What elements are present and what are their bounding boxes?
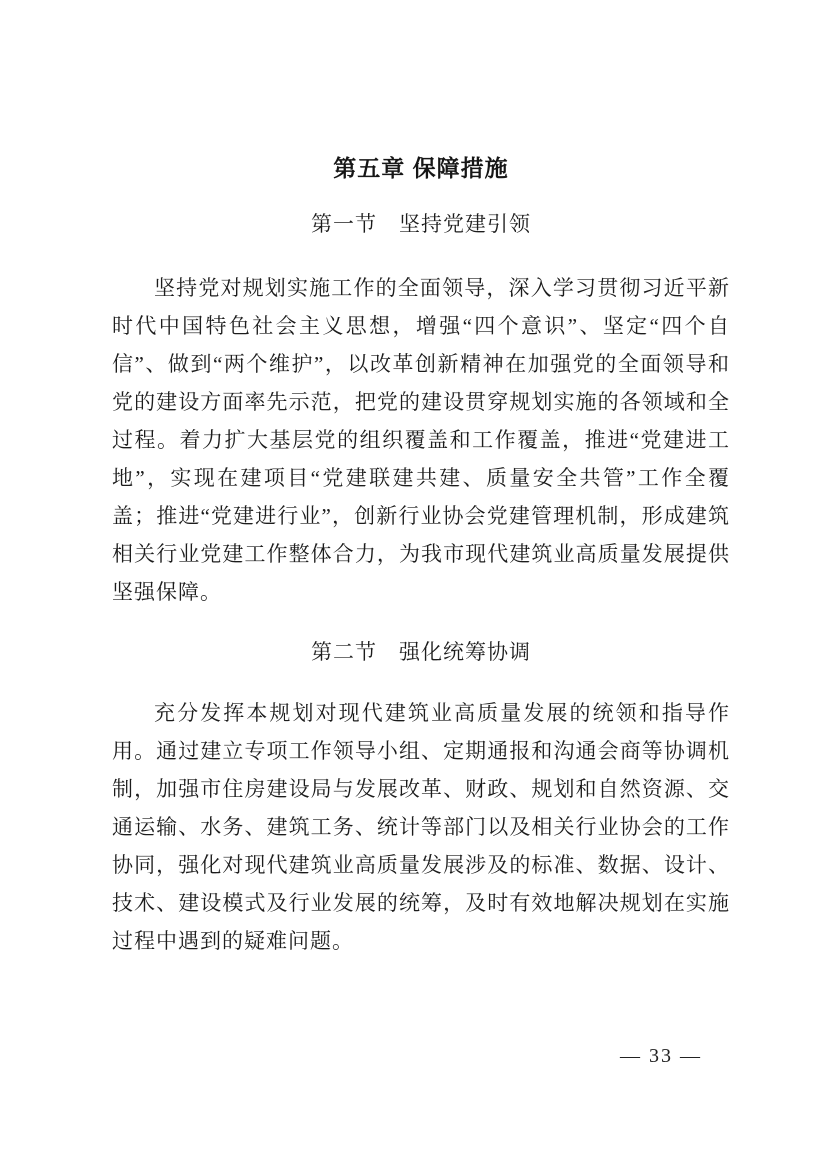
chapter-title: 第五章 保障措施 <box>112 155 730 181</box>
document-page: 第五章 保障措施 第一节 坚持党建引领 坚持党对规划实施工作的全面领导，深入学习… <box>0 0 827 1170</box>
section-heading-2: 第二节 强化统筹协调 <box>112 639 730 666</box>
section-heading-1: 第一节 坚持党建引领 <box>112 211 730 238</box>
page-number: — 33 — <box>620 1044 702 1068</box>
section-2-paragraph: 充分发挥本规划对现代建筑业高质量发展的统领和指导作用。通过建立专项工作领导小组、… <box>112 694 730 960</box>
section-1-paragraph: 坚持党对规划实施工作的全面领导，深入学习贯彻习近平新时代中国特色社会主义思想，增… <box>112 269 730 611</box>
